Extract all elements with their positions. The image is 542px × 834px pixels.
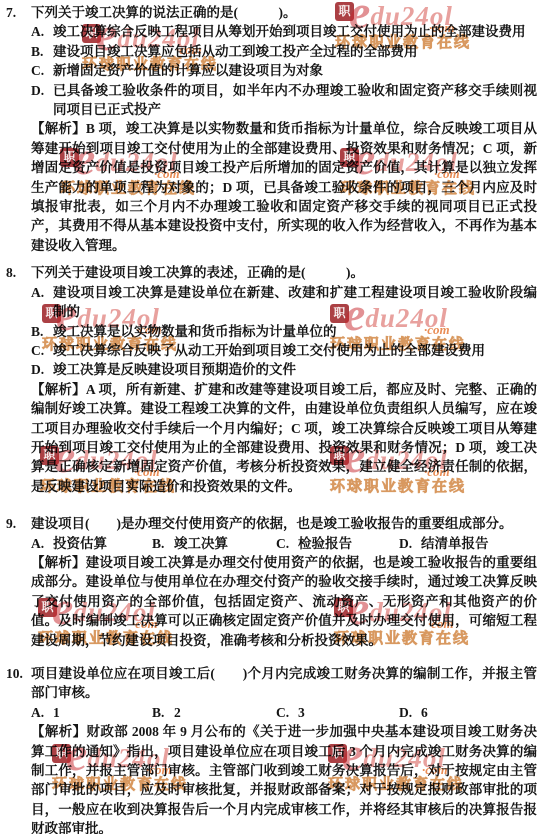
option-text: 6 — [421, 703, 428, 722]
option-label: A. — [31, 703, 53, 722]
question-stem: 建设项目( )是办理交付使用资产的依据，也是竣工验收报告的重要组成部分。 — [31, 514, 537, 533]
option-a: A. 投资估算 — [31, 534, 152, 553]
option-text: 竣工决算是以实物数量和货币指标为计量单位的 — [53, 322, 537, 341]
analysis-paragraph: 【解析】B 项，竣工决算是以实物数量和货币指标为计量单位，综合反映竣工项目从筹建… — [31, 119, 537, 255]
option-text: 竣工决算是反映建设项目预期造价的文件 — [53, 360, 537, 379]
option-c: C. 3 — [276, 703, 399, 722]
exam-content: 7. 下列关于竣工决算的说法正确的是( )。 A. 竣工决算综合反映工程项目从筹… — [6, 3, 537, 834]
question-number: 8. — [6, 263, 30, 282]
analysis-paragraph: 【解析】A 项，所有新建、扩建和改建等建设项目竣工后，都应及时、完整、正确的编制… — [31, 380, 537, 496]
option-text: 新增固定资产价值的计算应以建设项目为对象 — [53, 61, 537, 80]
question-stem: 项目建设单位应在项目竣工后( )个月内完成竣工财务决算的编制工作，并报主管部门审… — [31, 664, 537, 703]
option-label: B. — [31, 322, 53, 341]
option-label: B. — [152, 534, 174, 553]
analysis-tag: 【解析】 — [31, 724, 86, 739]
option-text: 竣工决算综合反映了从动工开始到项目竣工交付使用为止的全部建设费用 — [53, 341, 537, 360]
question-stem: 下列关于竣工决算的说法正确的是( )。 — [31, 3, 537, 22]
option-text: 竣工决算综合反映工程项目从筹划开始到项目竣工交付使用为止的全部建设费用 — [53, 22, 537, 41]
option-b: B. 竣工决算 — [152, 534, 276, 553]
option-text: 3 — [298, 703, 305, 722]
analysis-tag: 【解析】 — [31, 121, 86, 136]
option-label: A. — [31, 534, 53, 553]
option-label: D. — [399, 534, 421, 553]
option-d: D. 6 — [399, 703, 428, 722]
analysis-paragraph: 【解析】财政部 2008 年 9 月公布的《关于进一步加强中央基本建设项目竣工财… — [31, 722, 537, 834]
question-number: 9. — [6, 514, 30, 533]
option-label: C. — [276, 534, 298, 553]
options-row: A. 投资估算 B. 竣工决算 C. 检验报告 D. 结清单报告 — [31, 534, 537, 553]
analysis-text: 财政部 2008 年 9 月公布的《关于进一步加强中央基本建设项目竣工财务决算工… — [31, 724, 537, 834]
option-text: 已具备竣工验收条件的项目，如半年内不办理竣工验收和固定资产移交手续则视同项目已正… — [53, 81, 537, 120]
option-label: D. — [399, 703, 421, 722]
option-c: C. 竣工决算综合反映了从动工开始到项目竣工交付使用为止的全部建设费用 — [31, 341, 537, 360]
option-d: D. 已具备竣工验收条件的项目，如半年内不办理竣工验收和固定资产移交手续则视同项… — [31, 81, 537, 120]
analysis-paragraph: 【解析】建设项目竣工决算是办理交付使用资产的依据，也是竣工验收报告的重要组成部分… — [31, 553, 537, 650]
analysis-text: 建设项目竣工决算是办理交付使用资产的依据，也是竣工验收报告的重要组成部分。建设单… — [31, 555, 537, 648]
option-c: C. 新增固定资产价值的计算应以建设项目为对象 — [31, 61, 537, 80]
option-b: B. 竣工决算是以实物数量和货币指标为计量单位的 — [31, 322, 537, 341]
option-a: A. 建设项目竣工决算是建设单位在新建、改建和扩建工程建设项目竣工验收阶段编制的 — [31, 283, 537, 322]
option-label: D. — [31, 360, 53, 379]
question-7: 7. 下列关于竣工决算的说法正确的是( )。 A. 竣工决算综合反映工程项目从筹… — [6, 3, 537, 255]
option-text: 结清单报告 — [421, 534, 489, 553]
option-text: 建设项目竣工决算应包括从动工到竣工投产全过程的全部费用 — [53, 42, 537, 61]
option-text: 2 — [174, 703, 181, 722]
option-label: C. — [31, 341, 53, 360]
analysis-text: A 项，所有新建、扩建和改建等建设项目竣工后，都应及时、完整、正确的编制好竣工决… — [31, 382, 537, 494]
analysis-text: B 项，竣工决算是以实物数量和货币指标为计量单位，综合反映竣工项目从筹建开始到项… — [31, 121, 537, 252]
option-d: D. 竣工决算是反映建设项目预期造价的文件 — [31, 360, 537, 379]
question-number: 10. — [6, 664, 30, 683]
option-text: 竣工决算 — [174, 534, 228, 553]
option-a: A. 竣工决算综合反映工程项目从筹划开始到项目竣工交付使用为止的全部建设费用 — [31, 22, 537, 41]
option-d: D. 结清单报告 — [399, 534, 489, 553]
option-b: B. 2 — [152, 703, 276, 722]
option-label: B. — [152, 703, 174, 722]
analysis-tag: 【解析】 — [31, 555, 86, 570]
option-label: A. — [31, 22, 53, 41]
option-text: 1 — [53, 703, 60, 722]
question-10: 10. 项目建设单位应在项目竣工后( )个月内完成竣工财务决算的编制工作，并报主… — [6, 664, 537, 834]
option-label: C. — [276, 703, 298, 722]
question-number: 7. — [6, 3, 30, 22]
question-9: 9. 建设项目( )是办理交付使用资产的依据，也是竣工验收报告的重要组成部分。 … — [6, 514, 537, 650]
document-page: 7. 下列关于竣工决算的说法正确的是( )。 A. 竣工决算综合反映工程项目从筹… — [0, 0, 542, 834]
options-row: A. 1 B. 2 C. 3 D. 6 — [31, 703, 537, 722]
option-text: 检验报告 — [298, 534, 352, 553]
question-8: 8. 下列关于建设项目竣工决算的表述，正确的是( )。 A. 建设项目竣工决算是… — [6, 263, 537, 496]
option-b: B. 建设项目竣工决算应包括从动工到竣工投产全过程的全部费用 — [31, 42, 537, 61]
option-label: A. — [31, 283, 53, 322]
option-label: B. — [31, 42, 53, 61]
option-label: D. — [31, 81, 53, 120]
analysis-tag: 【解析】 — [31, 382, 86, 397]
option-text: 投资估算 — [53, 534, 107, 553]
option-c: C. 检验报告 — [276, 534, 399, 553]
option-text: 建设项目竣工决算是建设单位在新建、改建和扩建工程建设项目竣工验收阶段编制的 — [53, 283, 537, 322]
option-a: A. 1 — [31, 703, 152, 722]
option-label: C. — [31, 61, 53, 80]
question-stem: 下列关于建设项目竣工决算的表述，正确的是( )。 — [31, 263, 537, 282]
